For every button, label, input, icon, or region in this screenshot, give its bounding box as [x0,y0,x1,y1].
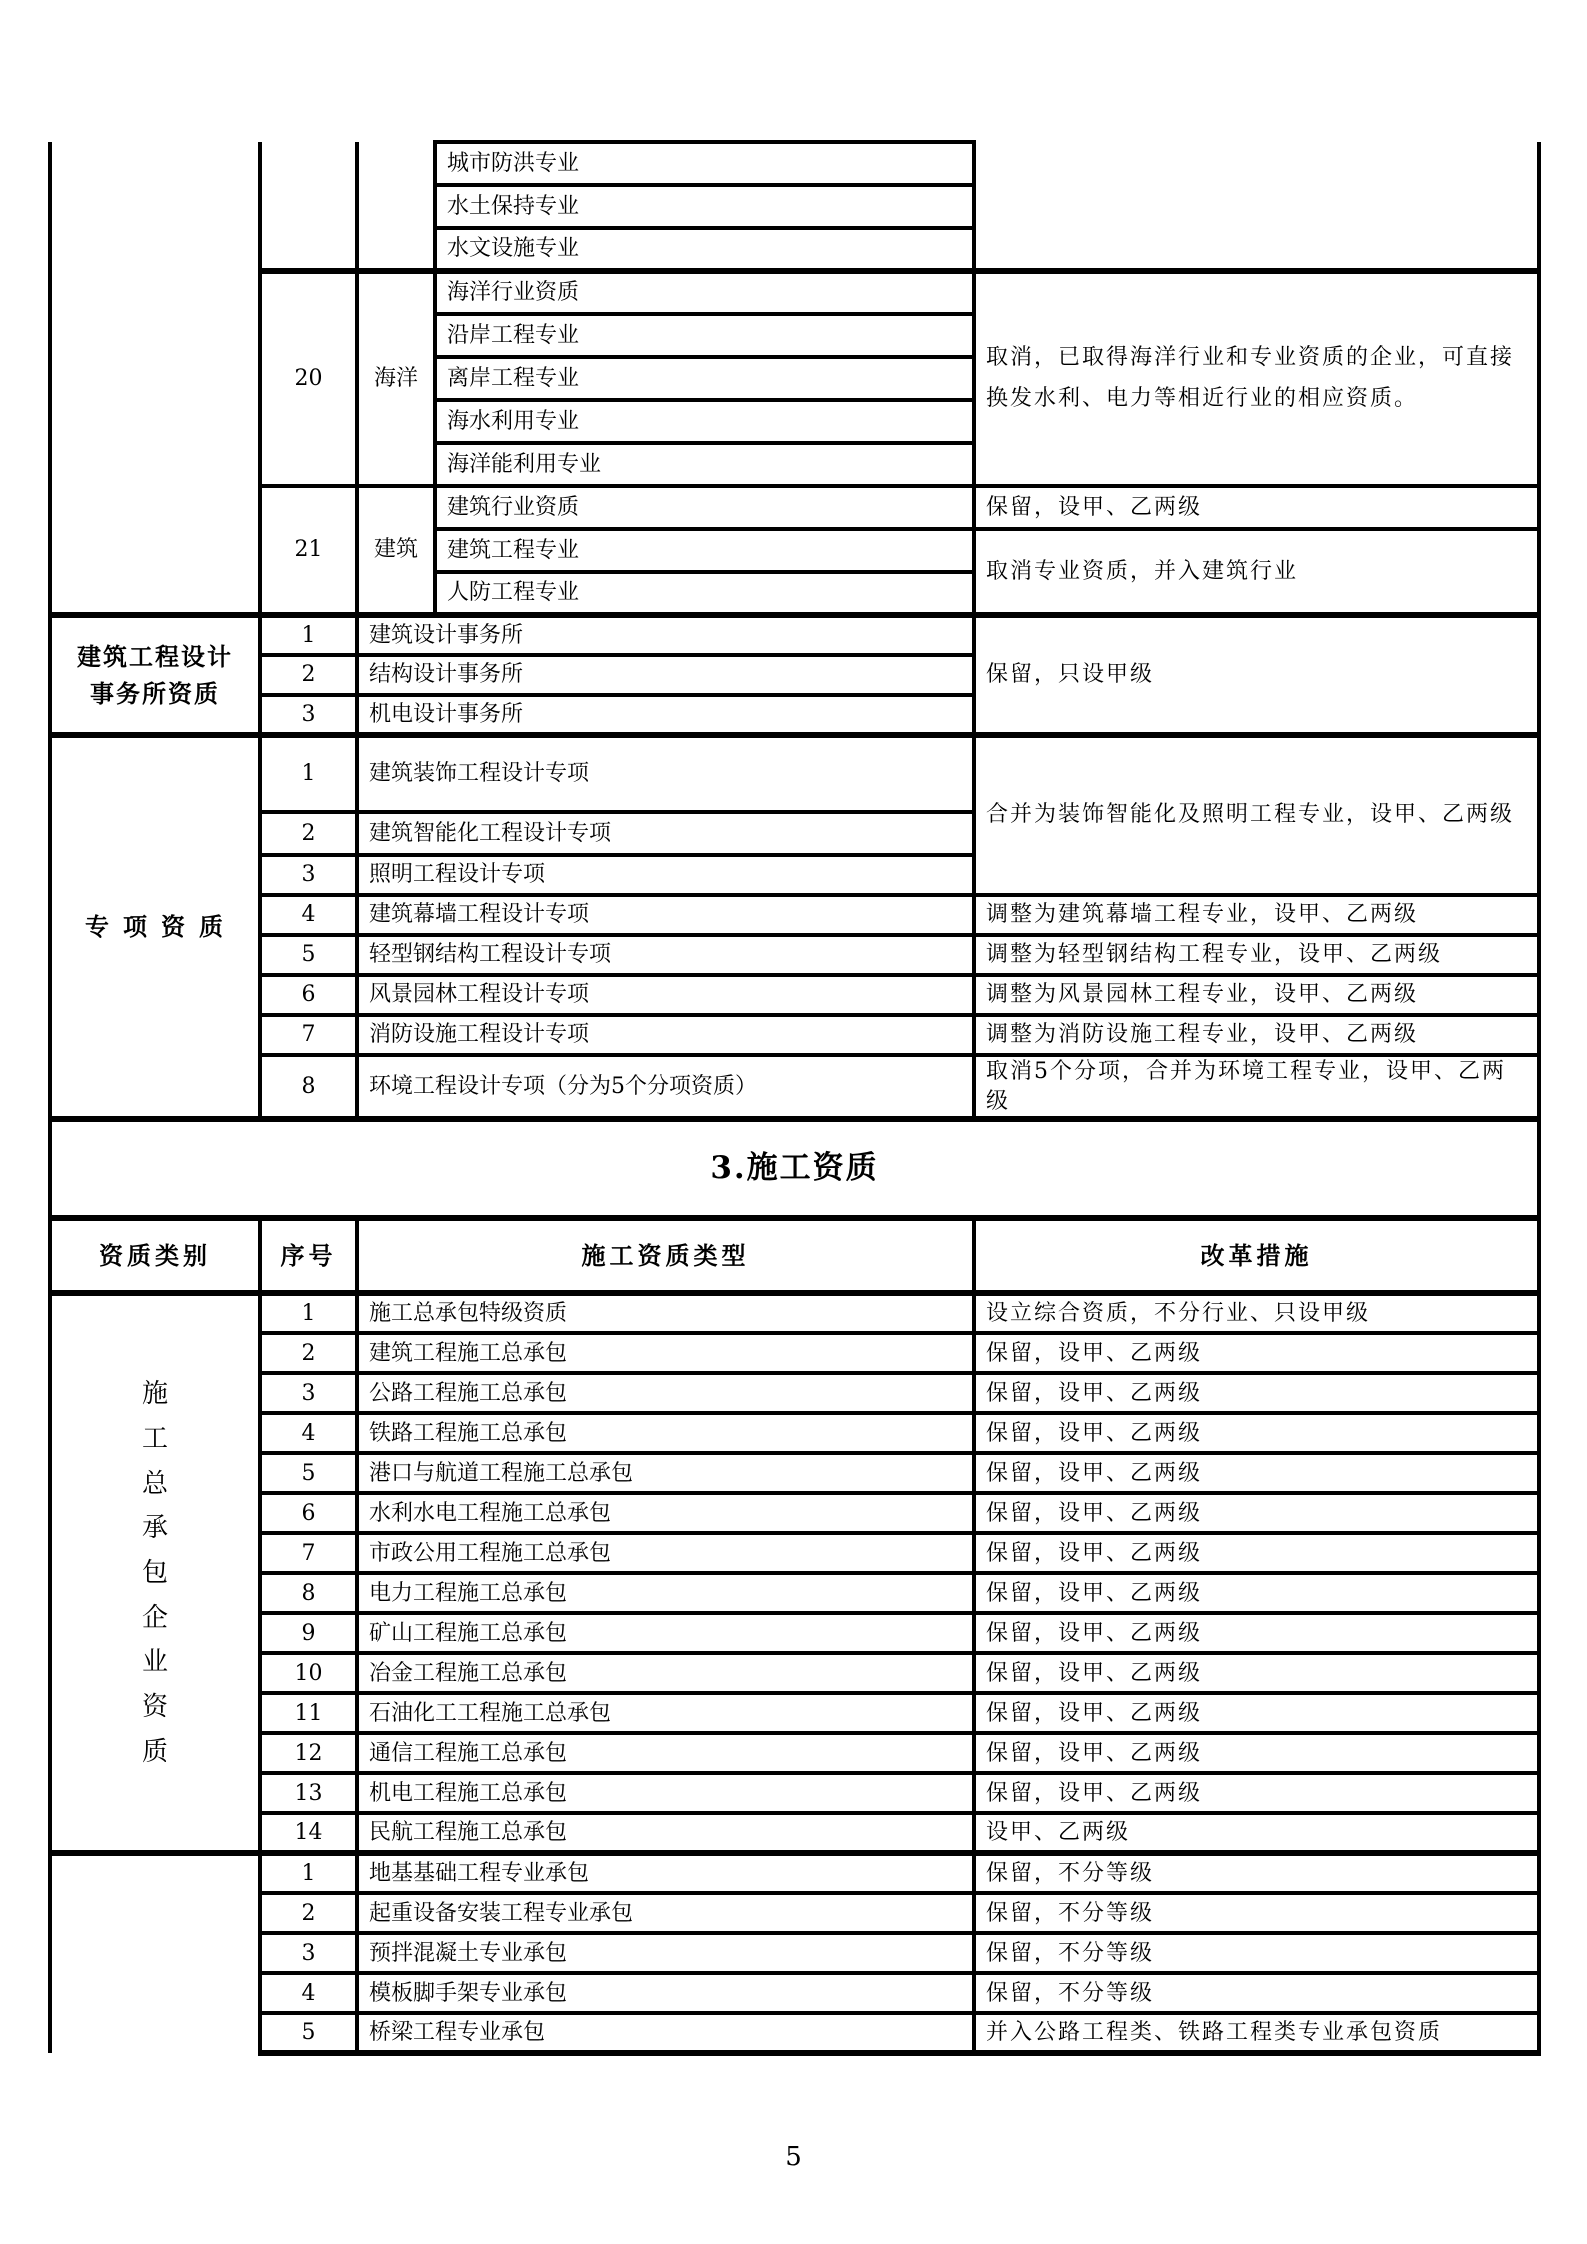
column-header-type: 施工资质类型 [357,1218,974,1293]
industry-cell: 建筑 [357,486,435,615]
qualification-type-cell: 风景园林工程设计专项 [357,975,974,1015]
serial-number-cell: 8 [260,1573,357,1613]
qualification-type-cell: 水土保持专业 [435,185,974,228]
qualification-type-cell: 铁路工程施工总承包 [357,1413,974,1453]
reform-measure-cell: 保留，设甲、乙两级 [974,1773,1539,1813]
qualification-type-cell: 石油化工工程施工总承包 [357,1693,974,1733]
reform-measure-cell: 保留，设甲、乙两级 [974,1493,1539,1533]
qualification-type-cell: 桥梁工程专业承包 [357,2013,974,2053]
category-label-general-contracting: 施工总承包企业资质 [50,1293,260,1853]
category-cell-cut [50,1853,260,2053]
serial-number-cell: 3 [260,1933,357,1973]
reform-measure-cell: 保留，设甲、乙两级 [974,1333,1539,1373]
reform-measure-cell: 保留，设甲、乙两级 [974,1693,1539,1733]
serial-number-cell: 5 [260,1453,357,1493]
reform-measure-cell-cut [974,142,1539,271]
qualification-type-cell: 民航工程施工总承包 [357,1813,974,1853]
serial-number-cell: 13 [260,1773,357,1813]
reform-measure-cell: 并入公路工程类、铁路工程类专业承包资质 [974,2013,1539,2053]
reform-measure-cell: 保留，不分等级 [974,1893,1539,1933]
reform-measure-cell: 保留，设甲、乙两级 [974,1373,1539,1413]
qualification-type-cell: 冶金工程施工总承包 [357,1653,974,1693]
qualification-type-cell: 建筑工程专业 [435,529,974,572]
qualification-type-cell: 人防工程专业 [435,572,974,615]
qualification-type-cell: 建筑幕墙工程设计专项 [357,895,974,935]
column-header-measure: 改革措施 [974,1218,1539,1293]
qualification-type-cell: 消防设施工程设计专项 [357,1015,974,1055]
serial-number-cell: 5 [260,935,357,975]
qualification-type-cell: 海水利用专业 [435,400,974,443]
serial-number-cell: 12 [260,1733,357,1773]
page-number: 5 [0,2142,1587,2172]
reform-measure-cell: 保留，设甲、乙两级 [974,1613,1539,1653]
reform-measure-cell: 取消，已取得海洋行业和专业资质的企业，可直接换发水利、电力等相近行业的相应资质。 [974,271,1539,486]
qualification-type-cell: 矿山工程施工总承包 [357,1613,974,1653]
serial-number-cell: 1 [260,1853,357,1893]
reform-measure-cell: 保留，设甲、乙两级 [974,1733,1539,1773]
reform-measure-cell: 调整为轻型钢结构工程专业，设甲、乙两级 [974,935,1539,975]
reform-measure-cell: 设甲、乙两级 [974,1813,1539,1853]
qualification-type-cell: 公路工程施工总承包 [357,1373,974,1413]
document-page: 城市防洪专业 水土保持专业 水文设施专业 20 海洋 海洋行业资质 取消，已取得… [0,0,1587,2244]
serial-number-cell: 10 [260,1653,357,1693]
qualification-type-cell: 建筑行业资质 [435,486,974,529]
serial-number-cell: 14 [260,1813,357,1853]
qualification-type-cell: 建筑工程施工总承包 [357,1333,974,1373]
serial-number-cell: 21 [260,486,357,615]
qualification-type-cell: 城市防洪专业 [435,142,974,185]
category-cell-cut [50,142,260,615]
reform-measure-cell: 设立综合资质，不分行业、只设甲级 [974,1293,1539,1333]
serial-number-cell: 2 [260,812,357,855]
serial-number-cell: 7 [260,1533,357,1573]
serial-number-cell: 3 [260,855,357,895]
qualification-type-cell: 机电设计事务所 [357,695,974,735]
qualification-type-cell: 机电工程施工总承包 [357,1773,974,1813]
reform-measure-cell: 保留，设甲、乙两级 [974,1533,1539,1573]
qualification-type-cell: 水利水电工程施工总承包 [357,1493,974,1533]
qualification-type-cell: 水文设施专业 [435,228,974,271]
reform-measure-cell: 调整为消防设施工程专业，设甲、乙两级 [974,1015,1539,1055]
reform-measure-cell: 调整为风景园林工程专业，设甲、乙两级 [974,975,1539,1015]
column-header-category: 资质类别 [50,1218,260,1293]
qualification-type-cell: 通信工程施工总承包 [357,1733,974,1773]
serial-number-cell: 20 [260,271,357,486]
serial-number-cell: 1 [260,1293,357,1333]
qualification-type-cell: 港口与航道工程施工总承包 [357,1453,974,1493]
serial-number-cell: 2 [260,1333,357,1373]
serial-number-cell: 2 [260,655,357,695]
qualification-type-cell: 沿岸工程专业 [435,314,974,357]
qualification-type-cell: 离岸工程专业 [435,357,974,400]
qualification-type-cell: 预拌混凝土专业承包 [357,1933,974,1973]
qualification-type-cell: 建筑智能化工程设计专项 [357,812,974,855]
qualification-type-cell: 电力工程施工总承包 [357,1573,974,1613]
serial-number-cell: 2 [260,1893,357,1933]
serial-number-cell: 1 [260,735,357,812]
qualification-type-cell: 施工总承包特级资质 [357,1293,974,1333]
qualification-type-cell: 照明工程设计专项 [357,855,974,895]
reform-measure-cell: 保留，不分等级 [974,1853,1539,1893]
serial-number-cell: 11 [260,1693,357,1733]
reform-measure-cell: 保留，不分等级 [974,1973,1539,2013]
serial-number-cell: 7 [260,1015,357,1055]
category-label-special: 专项资质 [50,735,260,1119]
reform-measure-cell: 取消5个分项，合并为环境工程专业，设甲、乙两级 [974,1055,1539,1119]
reform-measure-cell: 保留，不分等级 [974,1933,1539,1973]
serial-number-cell: 3 [260,695,357,735]
qualification-type-cell: 环境工程设计专项（分为5个分项资质） [357,1055,974,1119]
qualification-table: 城市防洪专业 水土保持专业 水文设施专业 20 海洋 海洋行业资质 取消，已取得… [48,140,1541,2056]
serial-number-cell: 4 [260,895,357,935]
industry-cell: 海洋 [357,271,435,486]
reform-measure-cell: 保留，只设甲级 [974,615,1539,735]
industry-cell-cut [357,142,435,271]
reform-measure-cell: 取消专业资质，并入建筑行业 [974,529,1539,615]
serial-number-cell: 4 [260,1413,357,1453]
qualification-type-cell: 模板脚手架专业承包 [357,1973,974,2013]
section-heading: 3.施工资质 [50,1119,1539,1218]
category-label-design-office: 建筑工程设计事务所资质 [50,615,260,735]
serial-number-cell: 6 [260,975,357,1015]
serial-number-cell: 9 [260,1613,357,1653]
serial-number-cell: 4 [260,1973,357,2013]
qualification-type-cell: 建筑装饰工程设计专项 [357,735,974,812]
reform-measure-cell: 保留，设甲、乙两级 [974,1413,1539,1453]
reform-measure-cell: 保留，设甲、乙两级 [974,1453,1539,1493]
qualification-type-cell: 建筑设计事务所 [357,615,974,655]
serial-number-cell: 8 [260,1055,357,1119]
qualification-type-cell: 结构设计事务所 [357,655,974,695]
serial-number-cell: 1 [260,615,357,655]
qualification-type-cell: 海洋能利用专业 [435,443,974,486]
serial-cell-cut [260,142,357,271]
reform-measure-cell: 保留，设甲、乙两级 [974,486,1539,529]
qualification-type-cell: 海洋行业资质 [435,271,974,314]
serial-number-cell: 5 [260,2013,357,2053]
category-label-text: 施工总承包企业资质 [140,1372,170,1774]
reform-measure-cell: 合并为装饰智能化及照明工程专业，设甲、乙两级 [974,735,1539,895]
reform-measure-cell: 调整为建筑幕墙工程专业，设甲、乙两级 [974,895,1539,935]
reform-measure-cell: 保留，设甲、乙两级 [974,1573,1539,1613]
column-header-serial: 序号 [260,1218,357,1293]
reform-table: 城市防洪专业 水土保持专业 水文设施专业 20 海洋 海洋行业资质 取消，已取得… [48,140,1541,2056]
serial-number-cell: 3 [260,1373,357,1413]
category-label-text: 建筑工程设计事务所资质 [71,638,239,712]
qualification-type-cell: 地基基础工程专业承包 [357,1853,974,1893]
reform-measure-cell: 保留，设甲、乙两级 [974,1653,1539,1693]
serial-number-cell: 6 [260,1493,357,1533]
qualification-type-cell: 轻型钢结构工程设计专项 [357,935,974,975]
qualification-type-cell: 市政公用工程施工总承包 [357,1533,974,1573]
qualification-type-cell: 起重设备安装工程专业承包 [357,1893,974,1933]
